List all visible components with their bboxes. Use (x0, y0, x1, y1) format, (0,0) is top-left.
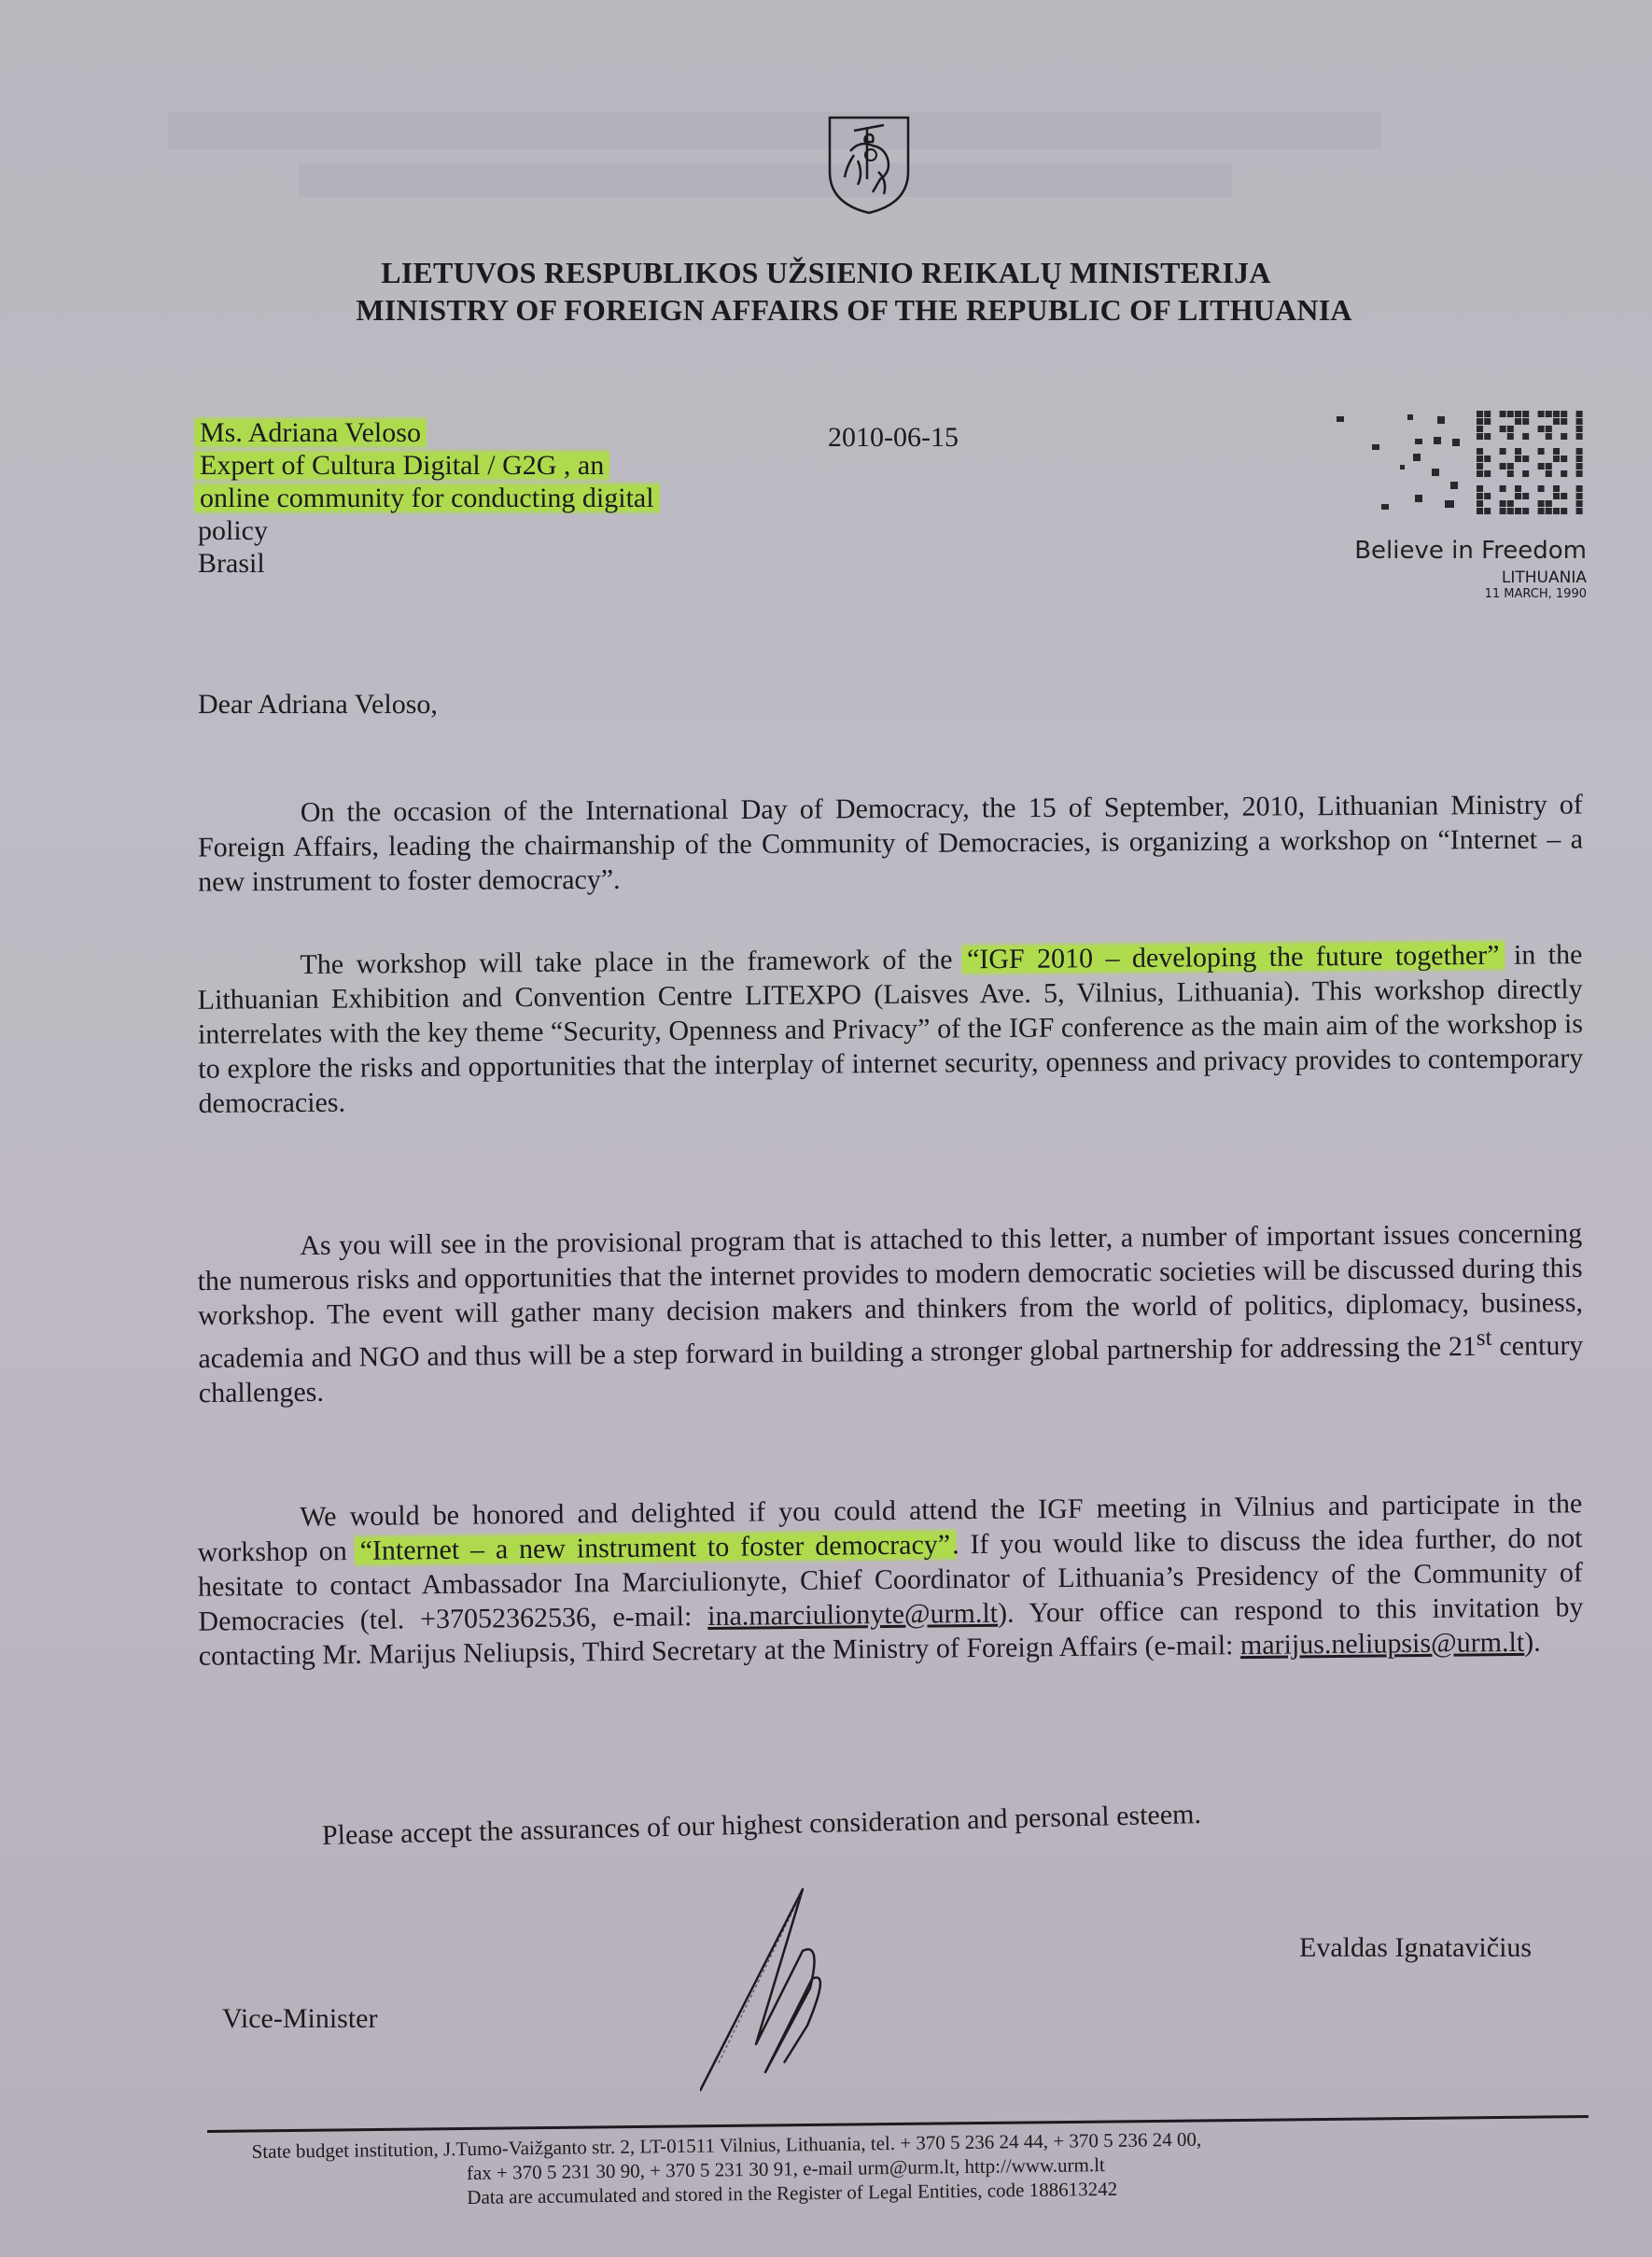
ministry-name-en: MINISTRY OF FOREIGN AFFAIRS OF THE REPUB… (56, 291, 1652, 329)
bleed-through-shadow (299, 163, 1232, 197)
paragraph-text: As you will see in the provisional progr… (197, 1218, 1583, 1374)
highlighted-workshop-title: “Internet – a new instrument to foster d… (354, 1527, 956, 1568)
signer-title: Vice-Minister (222, 2003, 377, 2035)
handwritten-signature-icon (700, 1886, 905, 2110)
recipient-country: Brasil (198, 548, 265, 579)
paragraph-4: We would be honored and delighted if you… (197, 1486, 1584, 1674)
email-link-marijus[interactable]: marijus.neliupsis@urm.lt (1240, 1627, 1525, 1661)
bleed-through-shadow (168, 112, 1381, 149)
believe-in-freedom-pattern-icon (1335, 407, 1587, 519)
recipient-line: policy (198, 515, 268, 546)
paragraph-2: The workshop will take place in the fram… (197, 937, 1583, 1121)
letter-page: LIETUVOS RESPUBLIKOS UŽSIENIO REIKALŲ MI… (0, 0, 1652, 2257)
ministry-header: LIETUVOS RESPUBLIKOS UŽSIENIO REIKALŲ MI… (0, 254, 1652, 329)
believe-in-freedom-badge: Believe in Freedom LITHUANIA 11 MARCH, 1… (1335, 407, 1587, 601)
paragraph-text: The workshop will take place in the fram… (300, 944, 965, 980)
closing-line: Please accept the assurances of our high… (322, 1799, 1202, 1852)
letter-date: 2010-06-15 (828, 422, 959, 454)
salutation: Dear Adriana Veloso, (198, 689, 438, 721)
recipient-line: Expert of Cultura Digital / G2G , an (194, 448, 609, 483)
recipient-name: Ms. Adriana Veloso (194, 415, 427, 450)
badge-date: 11 MARCH, 1990 (1335, 587, 1587, 601)
paragraph-1: On the occasion of the International Day… (198, 787, 1584, 899)
recipient-line: online community for conducting digital (194, 481, 660, 515)
superscript: st (1477, 1325, 1492, 1351)
footer: State budget institution, J.Tumo-Vaižgan… (251, 2122, 1577, 2212)
highlighted-event-name: “IGF 2010 – developing the future togeth… (961, 938, 1505, 977)
ministry-name-lt: LIETUVOS RESPUBLIKOS UŽSIENIO REIKALŲ MI… (0, 254, 1652, 291)
paragraph-text: ). (1524, 1627, 1541, 1658)
paragraph-3: As you will see in the provisional progr… (197, 1216, 1584, 1410)
badge-slogan: Believe in Freedom (1335, 537, 1587, 565)
recipient-address: Ms. Adriana Veloso Expert of Cultura Dig… (198, 416, 656, 580)
lithuanian-coat-of-arms-icon (826, 114, 912, 217)
signer-name: Evaldas Ignatavičius (1299, 1932, 1532, 1964)
email-link-ina[interactable]: ina.marciulionyte@urm.lt (707, 1598, 998, 1632)
badge-country: LITHUANIA (1335, 568, 1587, 587)
